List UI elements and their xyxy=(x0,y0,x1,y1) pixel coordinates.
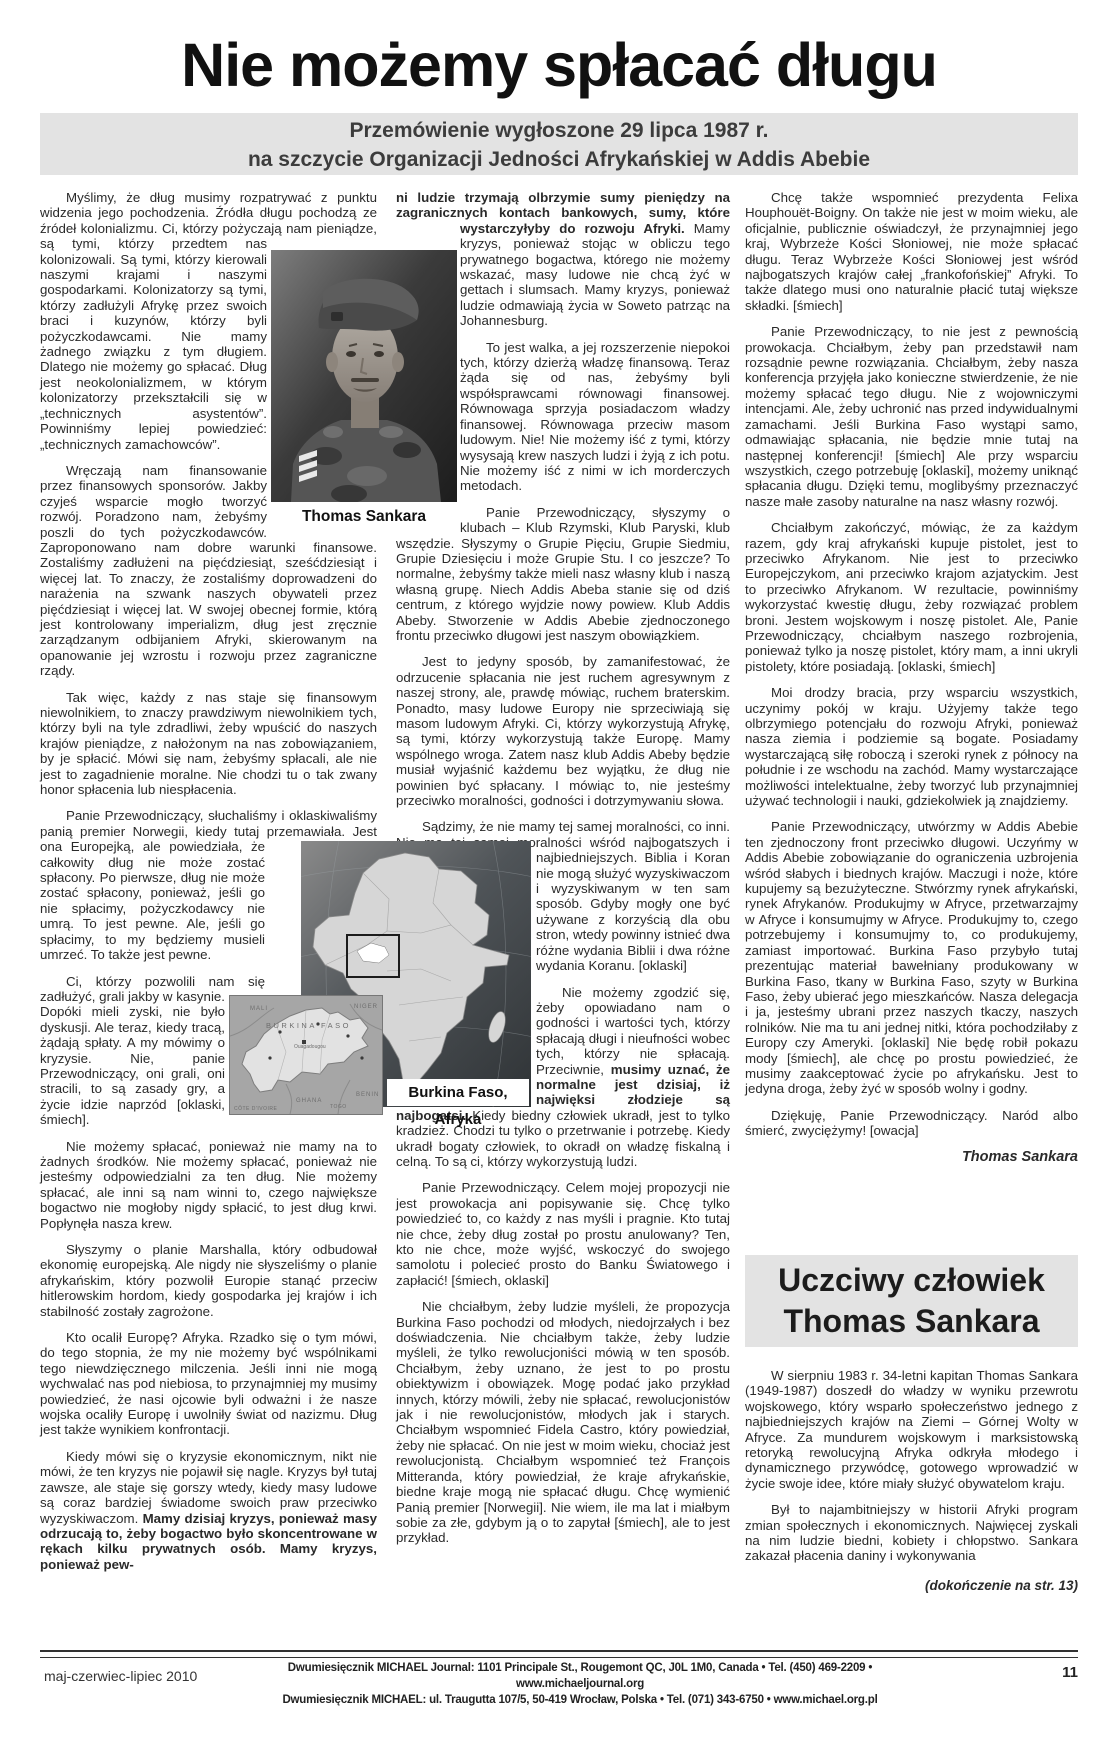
paragraph: Słyszymy o planie Marshalla, który odbud… xyxy=(40,1242,377,1319)
burkina-faso-map-figure: MALI NIGER BURKINA FASO Ouagadougou GHAN… xyxy=(229,841,531,1117)
newspaper-page: Nie możemy spłacać długu Przemówienie wy… xyxy=(0,0,1118,1751)
footer-rule xyxy=(40,1650,1078,1658)
label-cote-divoire: CÔTE D'IVOIRE xyxy=(234,1105,277,1112)
paragraph: Kto ocalił Europę? Afryka. Rzadko się o … xyxy=(40,1330,377,1438)
footer-publisher-info: Dwumiesięcznik MICHAEL Journal: 1101 Pri… xyxy=(240,1660,920,1708)
label-benin: BENIN xyxy=(356,1092,379,1098)
paragraph: Panie Przewodniczący, utwórzmy w Addis A… xyxy=(745,819,1078,1096)
footer-issue-date: maj-czerwiec-lipiec 2010 xyxy=(44,1668,197,1684)
footer-line1: Dwumiesięcznik MICHAEL Journal: 1101 Pri… xyxy=(240,1660,920,1692)
paragraph: Dziękuję, Panie Przewodniczący. Naród al… xyxy=(745,1108,1078,1139)
label-ouagadougou: Ouagadougou xyxy=(294,1044,326,1050)
article-column-3: Chcę także wspomnieć prezydenta Felixa H… xyxy=(745,190,1078,1165)
burkina-faso-inset-map: MALI NIGER BURKINA FASO Ouagadougou GHAN… xyxy=(229,995,383,1115)
paragraph: Chciałbym zakończyć, mówiąc, że za każdy… xyxy=(745,520,1078,674)
subtitle-line2: na szczycie Organizacji Jedności Afrykań… xyxy=(40,145,1078,174)
photo-caption: Thomas Sankara xyxy=(271,508,457,526)
paragraph: Był to najambitniejszy w historii Afryki… xyxy=(745,1502,1078,1564)
sidebar-article: W sierpniu 1983 r. 34-letni kapitan Thom… xyxy=(745,1368,1078,1593)
sidebar-title-line2: Thomas Sankara xyxy=(745,1301,1078,1342)
paragraph: Chcę także wspomnieć prezydenta Felixa H… xyxy=(745,190,1078,313)
label-togo: TOGO xyxy=(330,1104,347,1110)
sidebar-title-line1: Uczciwy człowiek xyxy=(745,1260,1078,1301)
label-ghana: GHANA xyxy=(296,1098,322,1104)
subtitle-line1: Przemówienie wygłoszone 29 lipca 1987 r. xyxy=(40,116,1078,145)
sankara-photo xyxy=(271,250,457,502)
sidebar-headline-box: Uczciwy człowiek Thomas Sankara xyxy=(745,1255,1078,1347)
label-burkina-faso: BURKINA FASO xyxy=(266,1021,351,1030)
paragraph: Panie Przewodniczący. Celem mojej propoz… xyxy=(396,1180,730,1288)
speech-signature: Thomas Sankara xyxy=(745,1150,1078,1165)
map-caption: Burkina Faso, Afryka xyxy=(387,1079,529,1106)
footer-line2: Dwumiesięcznik MICHAEL: ul. Traugutta 10… xyxy=(240,1692,920,1708)
paragraph: Jest to jedyny sposób, by zamanifestować… xyxy=(396,654,730,808)
label-mali: MALI xyxy=(250,1006,268,1012)
subtitle-box: Przemówienie wygłoszone 29 lipca 1987 r.… xyxy=(40,113,1078,175)
paragraph: Panie Przewodniczący, to nie jest z pewn… xyxy=(745,324,1078,509)
paragraph: Moi drodzy bracia, przy wsparciu wszystk… xyxy=(745,685,1078,808)
paragraph: W sierpniu 1983 r. 34-letni kapitan Thom… xyxy=(745,1368,1078,1491)
sankara-photo-figure: Thomas Sankara xyxy=(271,250,457,526)
continuation-note: (dokończenie na str. 13) xyxy=(745,1578,1078,1593)
paragraph: Nie możemy spłacać, ponieważ nie mamy na… xyxy=(40,1139,377,1231)
page-number: 11 xyxy=(1062,1664,1078,1681)
paragraph: Kiedy mówi się o kryzysie ekonomicznym, … xyxy=(40,1449,377,1572)
label-niger: NIGER xyxy=(354,1004,378,1010)
page-title: Nie możemy spłacać długu xyxy=(0,30,1118,100)
paragraph: Nie chciałbym, żeby ludzie myśleli, że p… xyxy=(396,1299,730,1546)
paragraph: Tak więc, każdy z nas staje się finansow… xyxy=(40,690,377,798)
